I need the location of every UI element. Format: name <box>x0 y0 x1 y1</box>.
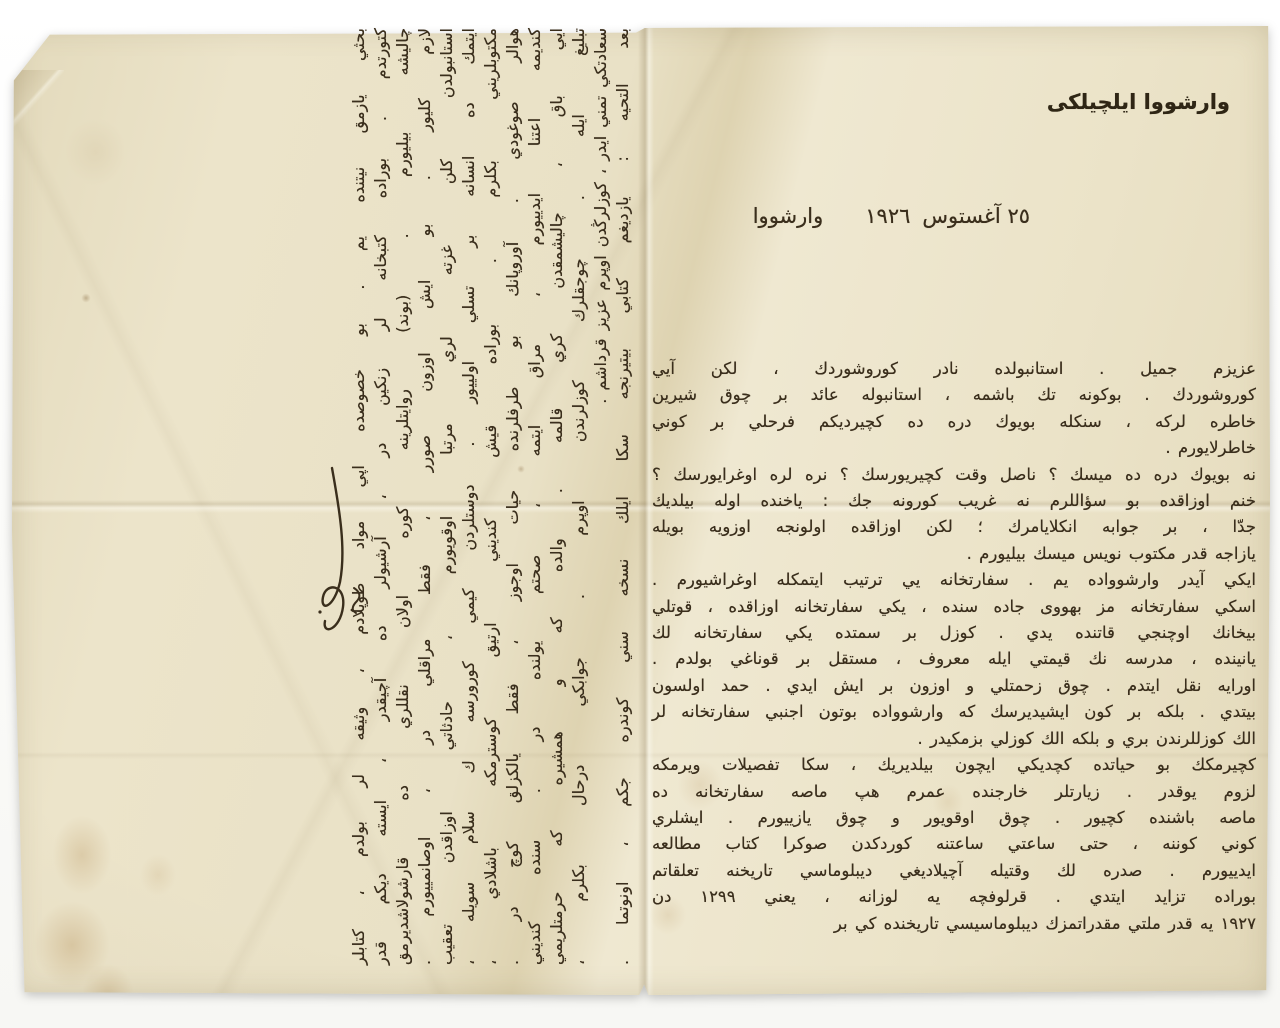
handwritten-line: جدّا ، بر جوابه انكلايامرك ؛ لكن اوزاقده… <box>652 514 1256 540</box>
letter-body-right-page: عزيزم جميل . استانبولده نادر كوروشوردك ،… <box>652 356 1256 937</box>
handwritten-line: خنم اوزاقده بو سؤاللرم نه غريب كورونه جك… <box>652 488 1256 514</box>
handwritten-line: عزيزم جميل . استانبولده نادر كوروشوردك ،… <box>652 356 1256 382</box>
handwritten-line: ١٩٢٧ يه قدر ملتي مقدراتمزك ديبلوماسيسي ت… <box>652 911 1256 937</box>
handwritten-line: كنديمه اعتنا ايدييورم ، مراق ايتمه ، صحت… <box>524 28 546 965</box>
letter-body-left-page-rotated: بحثي يازمق نيتنده يم . بو خصوصده اپي موا… <box>348 28 634 965</box>
handwritten-line: كوروشوردك . بوكونه تك باشمه ، استانبوله … <box>652 382 1256 408</box>
handwritten-line: خاطره لركه ، سنكله بويوك دره ده كچيرديكم… <box>652 409 1256 435</box>
handwritten-line: بيخانك اوچنجي قاتنده يدي . كوزل بر سمتده… <box>652 620 1256 646</box>
handwritten-line: الك كوزللرندن بري و بلكه الك كوزلي بزمكي… <box>652 726 1256 752</box>
handwritten-line: كوني كوننه ، حتى ساعتي ساعتنه كوردكدن صو… <box>652 831 1256 857</box>
handwritten-line: كتورتدم . بوراده كتبخانه لر زنكين در ، آ… <box>370 28 392 965</box>
handwritten-line: ماصه باشنده كچيور . چوق اوقويور و چوق يا… <box>652 805 1256 831</box>
dogear-corner <box>12 70 64 128</box>
handwritten-line: بوراده تزايد ايتدي . قرلوفچه يه لوزانه ،… <box>652 884 1256 910</box>
handwritten-line: نه بويوك دره ده ميسك ؟ ناصل وقت كچيريورس… <box>652 462 1256 488</box>
handwritten-line: اورايه نقل ايتدم . چوق زحمتلي و اوزون بر… <box>652 673 1256 699</box>
handwritten-line: هوالر صوغودي . آوروپانك بو طرفلرنده حيات… <box>502 28 524 965</box>
letterhead-warsaw-embassy: وارشووا ايلچيلكى <box>1047 90 1230 114</box>
handwritten-line: تبليغ ايله . چوجقلرك كوزلرندن اوپرم . جو… <box>568 28 590 965</box>
handwritten-line: چاليشه بيليورم . (بوند) روايتلرينه كوره … <box>392 28 414 965</box>
handwritten-line: سعادتكي تمني ايدر ، كوزلرڭدن اوپرم عزيز … <box>590 28 612 965</box>
handwritten-line: كچيرمكك بو حياتده كچديكي ايچون بيلديريك … <box>652 752 1256 778</box>
date-day-month: ٢٥ آغستوس <box>922 204 1030 228</box>
handwritten-line: ايدييورم . صدره لك وقتيله آچيلاديغي ديبل… <box>652 858 1256 884</box>
handwritten-line: ايكي آيدر وارشوواده يم . سفارتخانه يي تر… <box>652 567 1256 593</box>
handwritten-line: يازاجه قدر مكتوب نويس ميسك بيليورم . <box>652 541 1256 567</box>
handwritten-line: ايتمك ده انسانه بر تسلي اولييور . دوستلر… <box>458 28 480 965</box>
handwritten-line: بعد التحيه : يازديغم كتابي بيتيرنجه سكا … <box>612 28 634 965</box>
handwritten-line: خاطرلايورم . <box>652 435 1256 461</box>
handwritten-line: بحثي يازمق نيتنده يم . بو خصوصده اپي موا… <box>348 28 370 965</box>
scanned-letter: وارشووا ايلچيلكى ٢٥ آغستوس ١٩٢٦ وارشووا … <box>0 0 1280 1028</box>
handwritten-line: مكتوبلريني بكلرم . بوراده قيش كنديني ارت… <box>480 28 502 965</box>
date-year: ١٩٢٦ <box>865 204 910 228</box>
dateline: ٢٥ آغستوس ١٩٢٦ وارشووا <box>690 204 1030 228</box>
handwritten-line: اسكي سفارتخانه مز بهووى جاده سنده ، يكي … <box>652 594 1256 620</box>
handwritten-line: ايي باق ، چاليشمقدن كري قالمه . والده كه… <box>546 28 568 965</box>
handwritten-line: استانبولدن كلن غزته لري مرتبا اوقويورم ،… <box>436 28 458 965</box>
handwritten-line: لزوم يوقدر . زيارتلر خارجنده عمرم هپ ماص… <box>652 779 1256 805</box>
handwritten-line: لازم كليور . بو ايش اوزون صورر ، فقط مرا… <box>414 28 436 965</box>
handwritten-line: يانينده ، مدرسه نك قيمتي ايله معروف ، مس… <box>652 646 1256 672</box>
date-place: وارشووا <box>753 204 824 228</box>
handwritten-line: بيتدي . بلكه بر كون ايشيديرسك كه وارشووا… <box>652 699 1256 725</box>
